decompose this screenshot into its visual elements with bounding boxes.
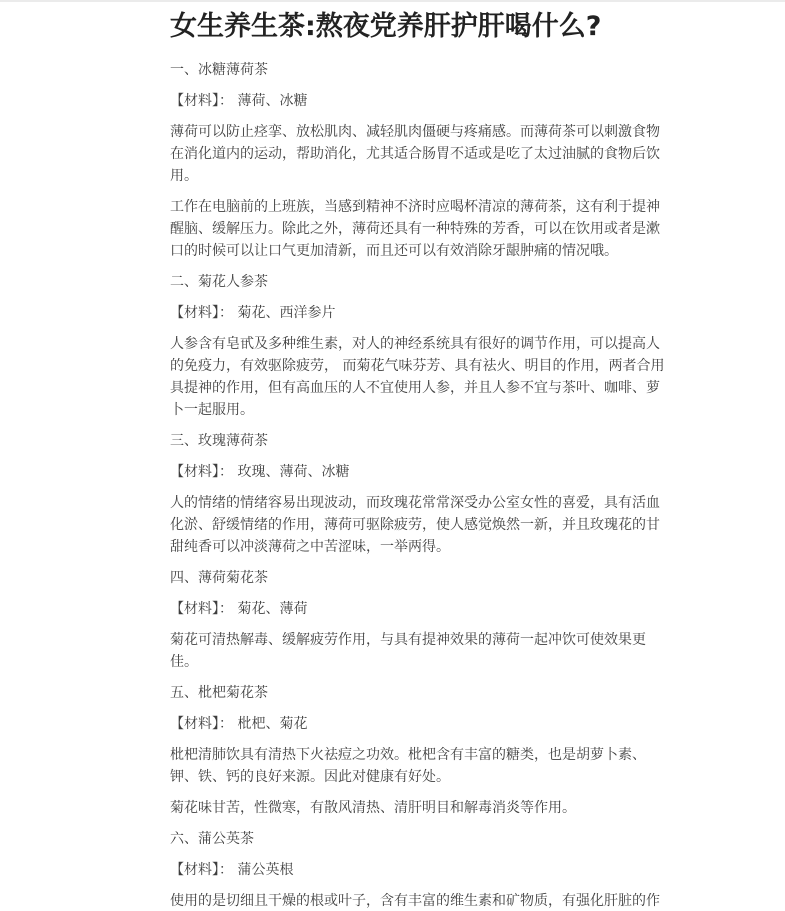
materials-line: 【材料】： 薄荷、冰糖: [170, 90, 670, 112]
materials-line: 【材料】： 菊花、薄荷: [170, 598, 670, 620]
section-pugongying-tea: 六、蒲公英茶 【材料】： 蒲公英根 使用的是切细且干燥的根或叶子，含有丰富的维生…: [170, 828, 670, 911]
section-heading: 三、玫瑰薄荷茶: [170, 430, 670, 452]
article: 女生养生茶:熬夜党养肝护肝喝什么? 一、冰糖薄荷茶 【材料】： 薄荷、冰糖 薄荷…: [170, 9, 670, 911]
article-title: 女生养生茶:熬夜党养肝护肝喝什么?: [170, 9, 670, 45]
page-background: { "article": { "title": "女生养生茶:熬夜党养肝护肝喝什…: [0, 0, 785, 911]
section-meigui-bohe-tea: 三、玫瑰薄荷茶 【材料】： 玫瑰、薄荷、冰糖 人的情绪的情绪容易出现波动，而玫瑰…: [170, 430, 670, 558]
section-bingtang-bohe-tea: 一、冰糖薄荷茶 【材料】： 薄荷、冰糖 薄荷可以防止痉挛、放松肌肉、减轻肌肉僵硬…: [170, 59, 670, 262]
paragraph: 人参含有皂甙及多种维生素，对人的神经系统具有很好的调节作用，可以提高人的免疫力，…: [170, 333, 670, 421]
section-juhua-renshen-tea: 二、菊花人参茶 【材料】： 菊花、西洋参片 人参含有皂甙及多种维生素，对人的神经…: [170, 271, 670, 421]
section-bohe-juhua-tea: 四、薄荷菊花茶 【材料】： 菊花、薄荷 菊花可清热解毒、缓解疲劳作用，与具有提神…: [170, 567, 670, 673]
materials-line: 【材料】： 玫瑰、薄荷、冰糖: [170, 461, 670, 483]
paragraph: 菊花味甘苦，性微寒，有散风清热、清肝明目和解毒消炎等作用。: [170, 797, 670, 819]
section-heading: 一、冰糖薄荷茶: [170, 59, 670, 81]
section-heading: 五、枇杷菊花茶: [170, 682, 670, 704]
section-heading: 四、薄荷菊花茶: [170, 567, 670, 589]
section-heading: 二、菊花人参茶: [170, 271, 670, 293]
paragraph: 薄荷可以防止痉挛、放松肌肉、减轻肌肉僵硬与疼痛感。而薄荷茶可以刺激食物在消化道内…: [170, 121, 670, 187]
paragraph: 使用的是切细且干燥的根或叶子，含有丰富的维生素和矿物质，有强化肝脏的作: [170, 890, 670, 911]
materials-line: 【材料】： 菊花、西洋参片: [170, 302, 670, 324]
paragraph: 工作在电脑前的上班族，当感到精神不济时应喝杯清凉的薄荷茶，这有利于提神醒脑、缓解…: [170, 196, 670, 262]
paragraph: 人的情绪的情绪容易出现波动，而玫瑰花常常深受办公室女性的喜爱，具有活血化淤、舒缓…: [170, 492, 670, 558]
paragraph: 菊花可清热解毒、缓解疲劳作用，与具有提神效果的薄荷一起冲饮可使效果更佳。: [170, 629, 670, 673]
materials-line: 【材料】： 蒲公英根: [170, 859, 670, 881]
materials-line: 【材料】： 枇杷、菊花: [170, 713, 670, 735]
paragraph: 枇杷清肺饮具有清热下火祛痘之功效。枇杷含有丰富的糖类，也是胡萝卜素、钾、铁、钙的…: [170, 744, 670, 788]
section-heading: 六、蒲公英茶: [170, 828, 670, 850]
section-pipa-juhua-tea: 五、枇杷菊花茶 【材料】： 枇杷、菊花 枇杷清肺饮具有清热下火祛痘之功效。枇杷含…: [170, 682, 670, 819]
